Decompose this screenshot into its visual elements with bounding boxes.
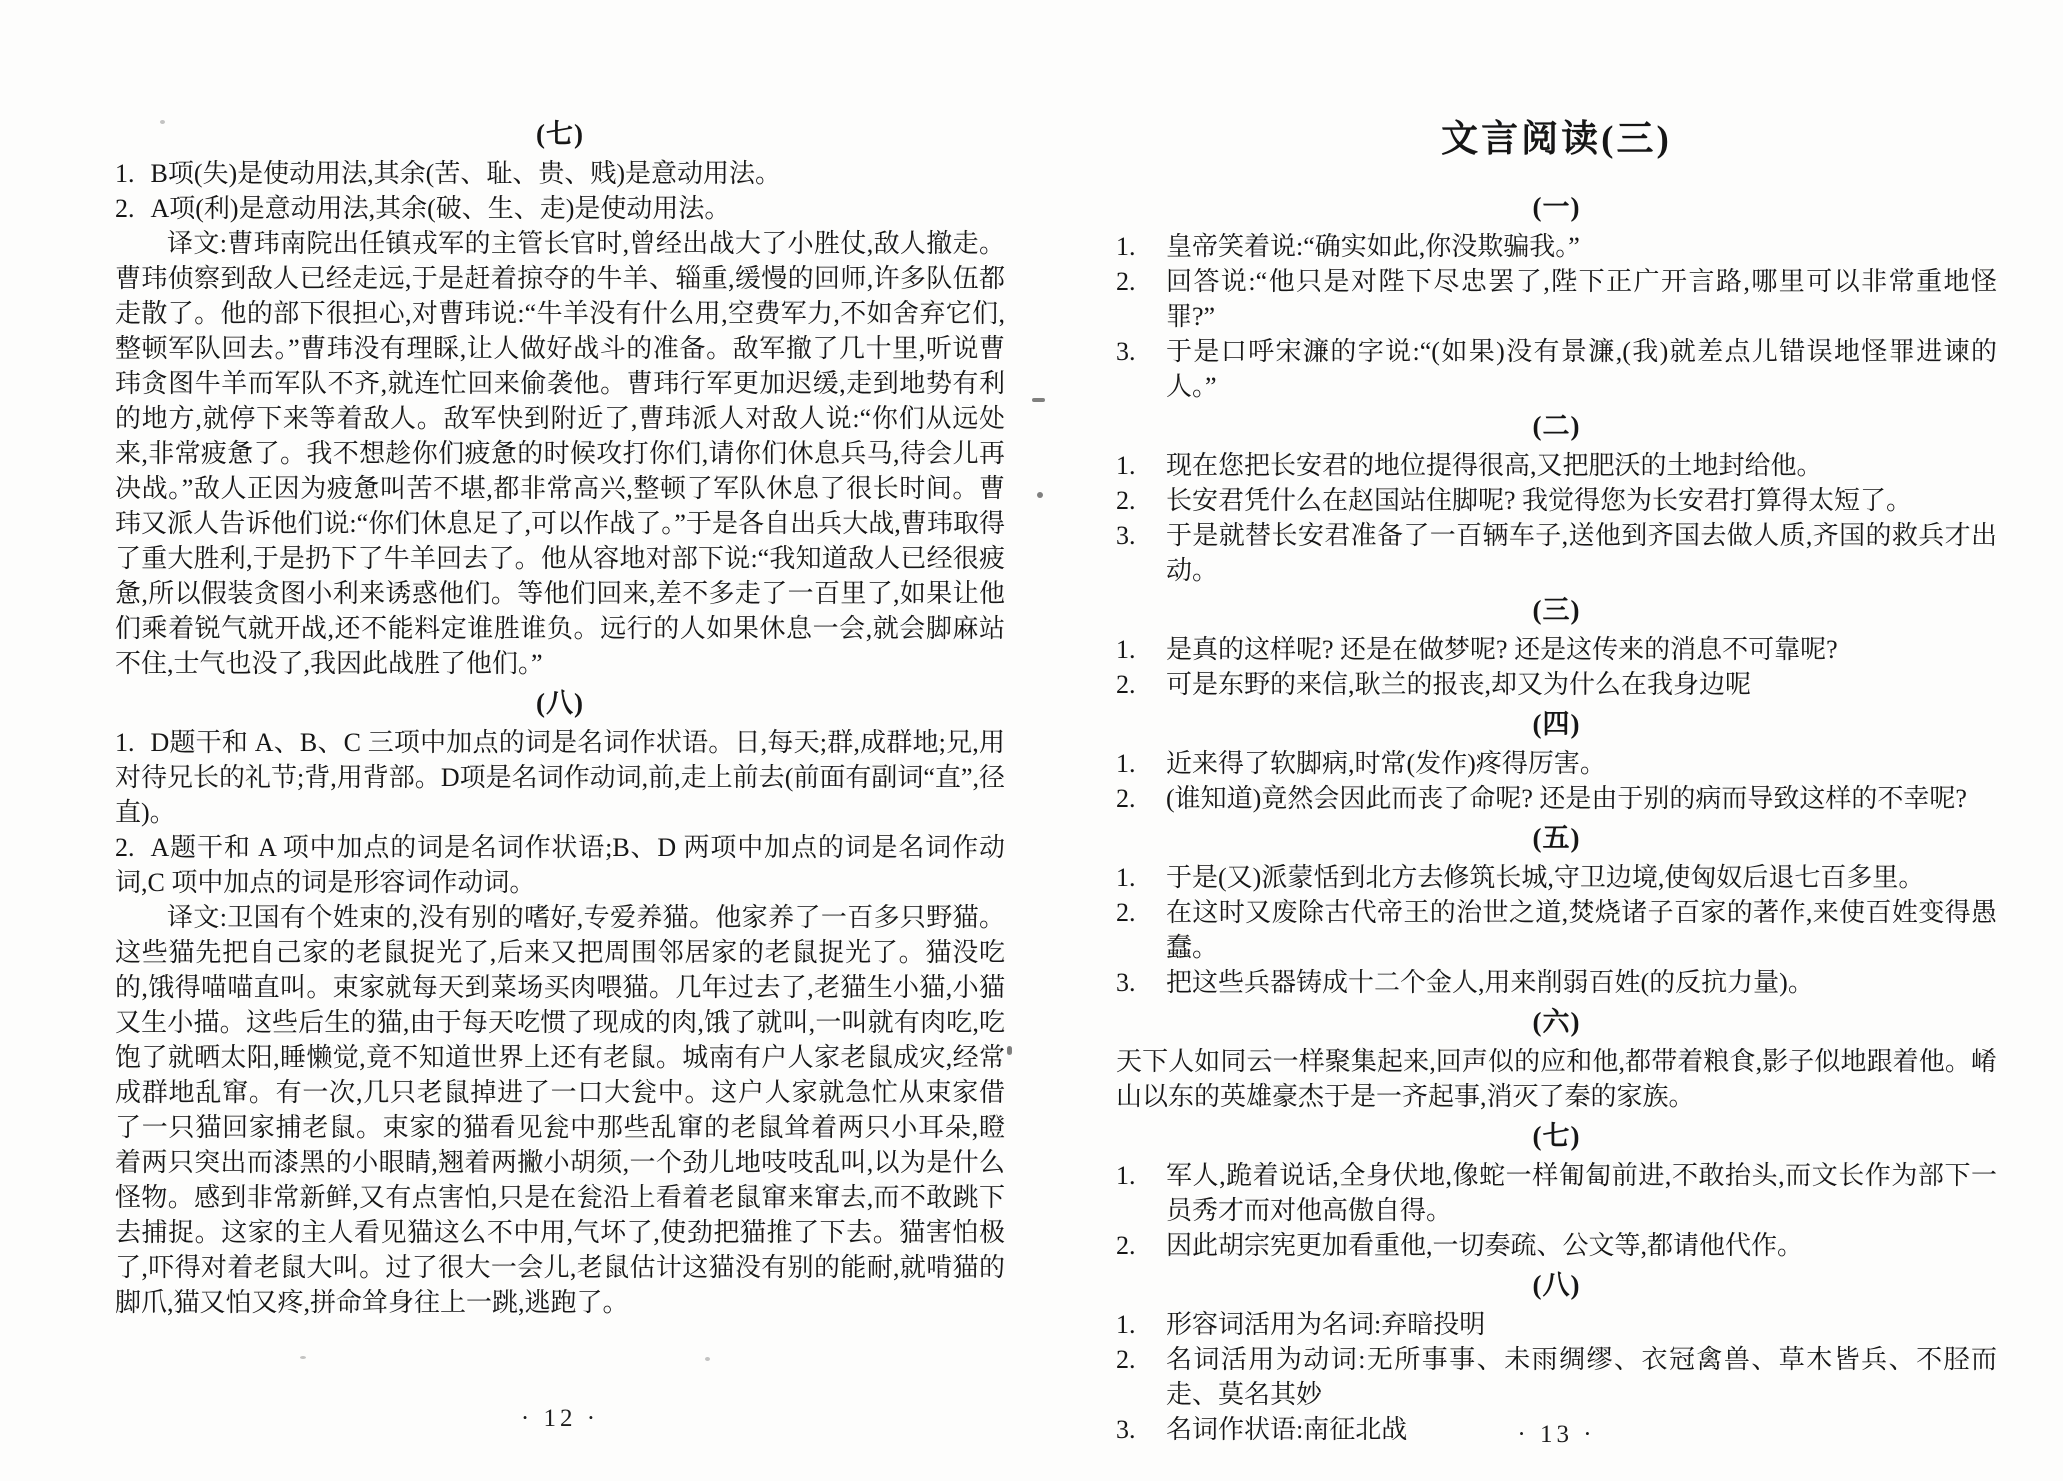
item-number: 1. bbox=[1116, 229, 1166, 264]
right-page: 文言阅读(三) (一) 1. 皇帝笑着说:“确实如此,你没欺骗我。” 2. 回答… bbox=[1031, 0, 2063, 1481]
item-number: 1. bbox=[115, 159, 135, 188]
answer-item: 1.B项(失)是使动用法,其余(苦、耻、贵、贱)是意动用法。 bbox=[115, 156, 1005, 191]
answer-item: 1. 形容词活用为名词:弃暗投明 bbox=[1116, 1307, 1997, 1342]
scan-noise bbox=[300, 1356, 306, 1359]
item-number: 2. bbox=[1116, 483, 1166, 518]
item-number: 2. bbox=[1116, 1342, 1166, 1412]
section-heading-7: (七) bbox=[1116, 1119, 1997, 1154]
item-number: 2. bbox=[1116, 781, 1166, 816]
answer-item: 1. 近来得了软脚病,时常(发作)疼得厉害。 bbox=[1116, 746, 1997, 781]
answer-item: 3. 于是口呼宋濂的字说:“(如果)没有景濂,(我)就差点儿错误地怪罪进谏的人。… bbox=[1116, 334, 1997, 404]
item-text: 长安君凭什么在赵国站住脚呢? 我觉得您为长安君打算得太短了。 bbox=[1166, 483, 1997, 518]
item-number: 1. bbox=[115, 728, 135, 757]
scan-noise bbox=[1037, 492, 1043, 498]
translation-paragraph: 译文:卫国有个姓束的,没有别的嗜好,专爱养猫。他家养了一百多只野猫。这些猫先把自… bbox=[115, 900, 1005, 1320]
item-number: 1. bbox=[1116, 860, 1166, 895]
section-heading-8: (八) bbox=[1116, 1268, 1997, 1303]
item-text: A项(利)是意动用法,其余(破、生、走)是使动用法。 bbox=[151, 194, 731, 223]
item-number: 2. bbox=[115, 194, 135, 223]
section-heading-2: (二) bbox=[1116, 409, 1997, 444]
item-number: 3. bbox=[1116, 965, 1166, 1000]
answer-item: 3. 于是就替长安君准备了一百辆车子,送他到齐国去做人质,齐国的救兵才出动。 bbox=[1116, 518, 1997, 588]
item-text: D题干和 A、B、C 三项中加点的词是名词作状语。日,每天;群,成群地;兄,用对… bbox=[115, 728, 1005, 827]
item-text: 名词活用为动词:无所事事、未雨绸缪、衣冠禽兽、草木皆兵、不胫而走、莫名其妙 bbox=[1166, 1342, 1997, 1412]
scan-noise bbox=[1007, 1046, 1012, 1055]
item-number: 1. bbox=[1116, 632, 1166, 667]
answer-item: 2. 因此胡宗宪更加看重他,一切奏疏、公文等,都请他代作。 bbox=[1116, 1228, 1997, 1263]
item-number: 2. bbox=[1116, 264, 1166, 334]
item-text: (谁知道)竟然会因此而丧了命呢? 还是由于别的病而导致这样的不幸呢? bbox=[1166, 781, 1997, 816]
item-number: 1. bbox=[1116, 1158, 1166, 1228]
section-heading-6: (六) bbox=[1116, 1005, 1997, 1040]
answer-item: 1. 现在您把长安君的地位提得很高,又把肥沃的土地封给他。 bbox=[1116, 448, 1997, 483]
answer-item: 1. 于是(又)派蒙恬到北方去修筑长城,守卫边境,使匈奴后退七百多里。 bbox=[1116, 860, 1997, 895]
section-heading-3: (三) bbox=[1116, 593, 1997, 628]
section-heading-1: (一) bbox=[1116, 190, 1997, 225]
item-text: 在这时又废除古代帝王的治世之道,焚烧诸子百家的著作,来使百姓变得愚蠢。 bbox=[1166, 895, 1997, 965]
item-number: 2. bbox=[1116, 667, 1166, 702]
section-heading-4: (四) bbox=[1116, 707, 1997, 742]
item-text: 回答说:“他只是对陛下尽忠罢了,陛下正广开言路,哪里可以非常重地怪罪?” bbox=[1166, 264, 1997, 334]
item-number: 2. bbox=[1116, 1228, 1166, 1263]
item-number: 1. bbox=[1116, 746, 1166, 781]
item-text: 是真的这样呢? 还是在做梦呢? 还是这传来的消息不可靠呢? bbox=[1166, 632, 1997, 667]
item-text: 现在您把长安君的地位提得很高,又把肥沃的土地封给他。 bbox=[1166, 448, 1997, 483]
answer-item: 2. 回答说:“他只是对陛下尽忠罢了,陛下正广开言路,哪里可以非常重地怪罪?” bbox=[1116, 264, 1997, 334]
section-heading-8: (八) bbox=[115, 686, 1005, 721]
section-paragraph: 天下人如同云一样聚集起来,回声似的应和他,都带着粮食,影子似地跟着他。崤山以东的… bbox=[1116, 1044, 1997, 1114]
item-text: A题干和 A 项中加点的词是名词作状语;B、D 两项中加点的词是名词作动词,C … bbox=[115, 833, 1005, 897]
item-text: 可是东野的来信,耿兰的报丧,却又为什么在我身边呢 bbox=[1166, 667, 1997, 702]
answer-item: 2. 可是东野的来信,耿兰的报丧,却又为什么在我身边呢 bbox=[1116, 667, 1997, 702]
scan-noise bbox=[705, 1357, 710, 1361]
answer-item: 1. 军人,跪着说话,全身伏地,像蛇一样匍匐前进,不敢抬头,而文长作为部下一员秀… bbox=[1116, 1158, 1997, 1228]
answer-item: 2.A题干和 A 项中加点的词是名词作状语;B、D 两项中加点的词是名词作动词,… bbox=[115, 830, 1005, 900]
item-text: 因此胡宗宪更加看重他,一切奏疏、公文等,都请他代作。 bbox=[1166, 1228, 1997, 1263]
item-number: 2. bbox=[1116, 895, 1166, 965]
book-spread: (七) 1.B项(失)是使动用法,其余(苦、耻、贵、贱)是意动用法。 2.A项(… bbox=[0, 0, 2063, 1481]
item-number: 1. bbox=[1116, 448, 1166, 483]
section-heading-7: (七) bbox=[115, 117, 1005, 152]
page-title: 文言阅读(三) bbox=[1116, 118, 1997, 162]
answer-item: 3. 把这些兵器铸成十二个金人,用来削弱百姓(的反抗力量)。 bbox=[1116, 965, 1997, 1000]
item-number: 3. bbox=[1116, 334, 1166, 404]
item-text: 皇帝笑着说:“确实如此,你没欺骗我。” bbox=[1166, 229, 1997, 264]
item-text: 形容词活用为名词:弃暗投明 bbox=[1166, 1307, 1997, 1342]
item-text: B项(失)是使动用法,其余(苦、耻、贵、贱)是意动用法。 bbox=[151, 159, 781, 188]
item-text: 把这些兵器铸成十二个金人,用来削弱百姓(的反抗力量)。 bbox=[1166, 965, 1997, 1000]
page-number: · 12 · bbox=[115, 1405, 1005, 1433]
section-heading-5: (五) bbox=[1116, 821, 1997, 856]
item-text: 于是(又)派蒙恬到北方去修筑长城,守卫边境,使匈奴后退七百多里。 bbox=[1166, 860, 1997, 895]
answer-item: 1. 是真的这样呢? 还是在做梦呢? 还是这传来的消息不可靠呢? bbox=[1116, 632, 1997, 667]
answer-item: 2. 名词活用为动词:无所事事、未雨绸缪、衣冠禽兽、草木皆兵、不胫而走、莫名其妙 bbox=[1116, 1342, 1997, 1412]
answer-item: 2. 在这时又废除古代帝王的治世之道,焚烧诸子百家的著作,来使百姓变得愚蠢。 bbox=[1116, 895, 1997, 965]
answer-item: 1. 皇帝笑着说:“确实如此,你没欺骗我。” bbox=[1116, 229, 1997, 264]
item-text: 于是就替长安君准备了一百辆车子,送他到齐国去做人质,齐国的救兵才出动。 bbox=[1166, 518, 1997, 588]
item-number: 3. bbox=[1116, 518, 1166, 588]
scan-noise bbox=[1032, 398, 1045, 402]
page-number: · 13 · bbox=[1116, 1421, 1997, 1449]
answer-item: 2.A项(利)是意动用法,其余(破、生、走)是使动用法。 bbox=[115, 191, 1005, 226]
item-text: 军人,跪着说话,全身伏地,像蛇一样匍匐前进,不敢抬头,而文长作为部下一员秀才而对… bbox=[1166, 1158, 1997, 1228]
left-page: (七) 1.B项(失)是使动用法,其余(苦、耻、贵、贱)是意动用法。 2.A项(… bbox=[0, 0, 1031, 1481]
answer-item: 2. 长安君凭什么在赵国站住脚呢? 我觉得您为长安君打算得太短了。 bbox=[1116, 483, 1997, 518]
answer-item: 2. (谁知道)竟然会因此而丧了命呢? 还是由于别的病而导致这样的不幸呢? bbox=[1116, 781, 1997, 816]
translation-paragraph: 译文:曹玮南院出任镇戎军的主管长官时,曾经出战大了小胜仗,敌人撤走。曹玮侦察到敌… bbox=[115, 226, 1005, 681]
answer-item: 1.D题干和 A、B、C 三项中加点的词是名词作状语。日,每天;群,成群地;兄,… bbox=[115, 725, 1005, 830]
item-number: 1. bbox=[1116, 1307, 1166, 1342]
item-number: 2. bbox=[115, 833, 135, 862]
scan-noise bbox=[160, 120, 165, 124]
item-text: 于是口呼宋濂的字说:“(如果)没有景濂,(我)就差点儿错误地怪罪进谏的人。” bbox=[1166, 334, 1997, 404]
item-text: 近来得了软脚病,时常(发作)疼得厉害。 bbox=[1166, 746, 1997, 781]
